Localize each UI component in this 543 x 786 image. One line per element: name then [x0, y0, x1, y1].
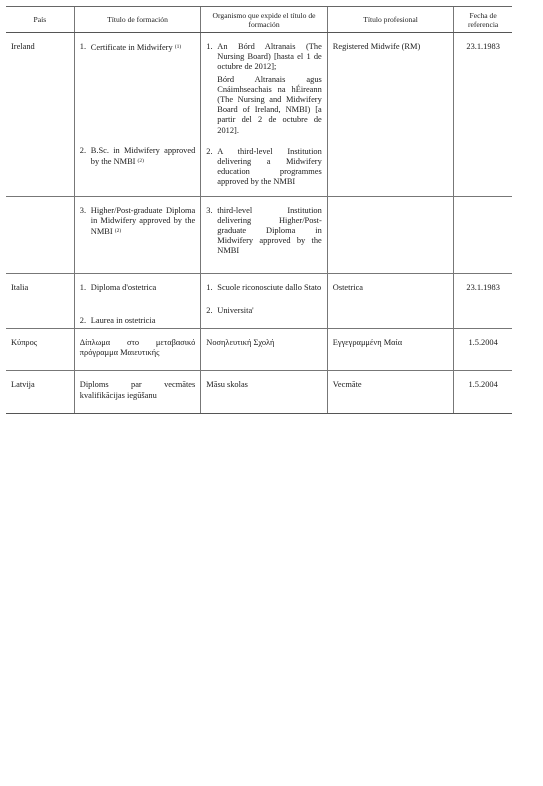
reference-date-cell: 1.5.2004 — [454, 371, 512, 413]
list-item: 2. B.Sc. in Midwifery approved by the NM… — [80, 146, 196, 167]
item-text: third-level Institution delivering Highe… — [217, 206, 322, 257]
table-row-ireland: Ireland 1. Certificate in Midwifery (1) … — [6, 33, 512, 197]
training-cell: Δίπλωμα στο μεταβασικό πρόγραμμα Μαιευτι… — [74, 329, 201, 371]
table-row-kypros: Κύπρος Δίπλωμα στο μεταβασικό πρόγραμμα … — [6, 329, 512, 371]
awarding-body-cell: 1. Scuole riconosciute dallo Stato 2. Un… — [201, 273, 328, 328]
reference-date-cell: 23.1.1983 — [454, 273, 512, 328]
list-item: 2. Laurea in ostetricia — [80, 316, 196, 326]
item-number: 2. — [80, 146, 91, 167]
table-row-italia: Italia 1. Diploma d'ostetrica 2. Laurea … — [6, 273, 512, 328]
footnote-ref: (1) — [175, 44, 181, 50]
item-text: Diploma d'ostetrica — [91, 283, 196, 293]
list-item: 1. Diploma d'ostetrica — [80, 283, 196, 293]
item-text: Scuole riconosciute dallo Stato — [217, 283, 322, 293]
item-number: 3. — [206, 206, 217, 257]
item-number: 1. — [206, 42, 217, 73]
item-text: Higher/Post-graduate Diploma in Midwifer… — [91, 206, 196, 238]
list-item: 2. A third-level Institution delivering … — [206, 147, 322, 188]
awarding-body-cell: Νοσηλευτική Σχολή — [201, 329, 328, 371]
item-text-continued: Bórd Altranais agus Cnáimhseachais na hÉ… — [206, 75, 322, 136]
professional-title-cell: Vecmāte — [327, 371, 454, 413]
training-cell: 3. Higher/Post-graduate Diploma in Midwi… — [74, 196, 201, 273]
item-number: 2. — [80, 316, 91, 326]
table-row-latvija: Latvija Diploms par vecmātes kvalifikāci… — [6, 371, 512, 413]
professional-title-cell: Εγγεγραμμένη Μαία — [327, 329, 454, 371]
list-item: 1. An Bórd Altranais (The Nursing Board)… — [206, 42, 322, 73]
header-country: País — [6, 7, 74, 33]
training-cell: 1. Certificate in Midwifery (1) 2. B.Sc.… — [74, 33, 201, 197]
item-number: 3. — [80, 206, 91, 238]
list-item: 3. Higher/Post-graduate Diploma in Midwi… — [80, 206, 196, 238]
item-number: 1. — [80, 283, 91, 293]
item-number: 1. — [80, 42, 91, 53]
empty-cell — [6, 196, 74, 273]
country-cell: Ireland — [6, 33, 74, 197]
item-number: 1. — [206, 283, 217, 293]
item-text: Certificate in Midwifery (1) — [91, 42, 196, 53]
awarding-body-cell: Māsu skolas — [201, 371, 328, 413]
professional-title-cell: Registered Midwife (RM) — [327, 33, 454, 197]
item-text: A third-level Institution delivering a M… — [217, 147, 322, 188]
table-header-row: País Título de formación Organismo que e… — [6, 7, 512, 33]
list-item: 3. third-level Institution delivering Hi… — [206, 206, 322, 257]
header-reference-date: Fecha de referencia — [454, 7, 512, 33]
item-text: Universita' — [217, 306, 322, 316]
country-cell: Latvija — [6, 371, 74, 413]
training-cell: Diploms par vecmātes kvalifikācijas iegū… — [74, 371, 201, 413]
qualifications-table: País Título de formación Organismo que e… — [6, 6, 512, 414]
header-awarding-body: Organismo que expide el título de formac… — [201, 7, 328, 33]
item-text: Laurea in ostetricia — [91, 316, 196, 326]
professional-title-cell: Ostetrica — [327, 273, 454, 328]
awarding-body-cell: 3. third-level Institution delivering Hi… — [201, 196, 328, 273]
list-item: 1. Certificate in Midwifery (1) — [80, 42, 196, 53]
item-number: 2. — [206, 306, 217, 316]
table-row-ireland-cont: 3. Higher/Post-graduate Diploma in Midwi… — [6, 196, 512, 273]
item-text: B.Sc. in Midwifery approved by the NMBI … — [91, 146, 196, 167]
footnote-ref: (2) — [138, 158, 144, 164]
item-number: 2. — [206, 147, 217, 188]
item-text: Diploms par vecmātes kvalifikācijas iegū… — [80, 380, 196, 400]
list-item: 1. Scuole riconosciute dallo Stato — [206, 283, 322, 293]
item-text: An Bórd Altranais (The Nursing Board) [h… — [217, 42, 322, 73]
training-cell: 1. Diploma d'ostetrica 2. Laurea in oste… — [74, 273, 201, 328]
country-cell: Κύπρος — [6, 329, 74, 371]
item-text: Δίπλωμα στο μεταβασικό πρόγραμμα Μαιευτι… — [80, 338, 196, 358]
header-professional-title: Título profesional — [327, 7, 454, 33]
country-cell: Italia — [6, 273, 74, 328]
reference-date-cell: 1.5.2004 — [454, 329, 512, 371]
empty-cell — [454, 196, 512, 273]
list-item: 2. Universita' — [206, 306, 322, 316]
awarding-body-cell: 1. An Bórd Altranais (The Nursing Board)… — [201, 33, 328, 197]
empty-cell — [327, 196, 454, 273]
header-training-title: Título de formación — [74, 7, 201, 33]
footnote-ref: (2) — [115, 228, 121, 234]
reference-date-cell: 23.1.1983 — [454, 33, 512, 197]
